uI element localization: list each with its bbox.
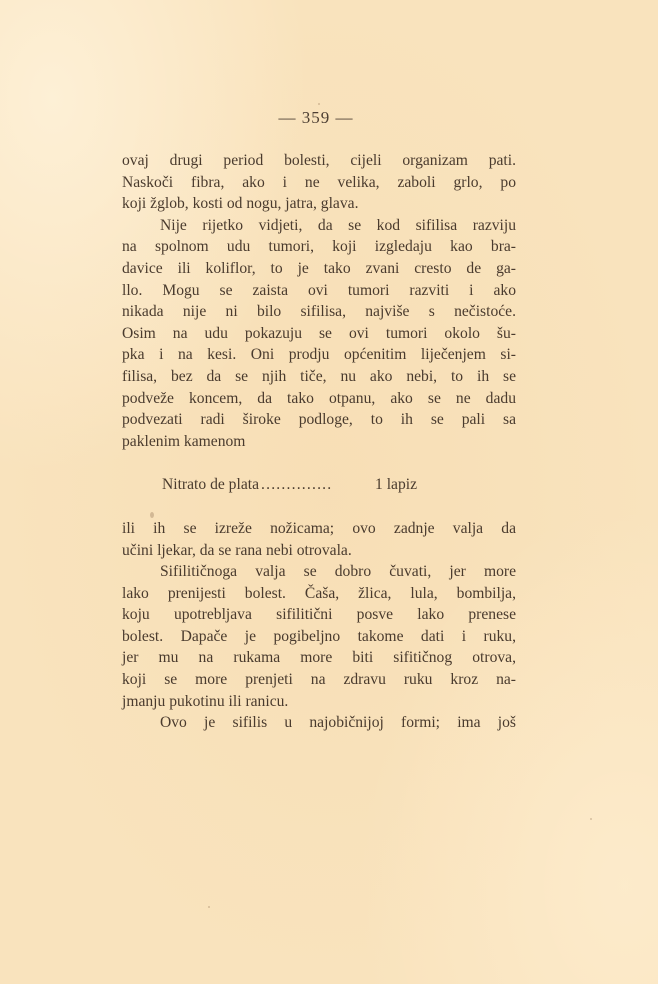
text-line: jer mu na rukama more biti sifitičnog ot… [122,647,516,669]
text-line: Naskoči fibra, ako i ne velika, zaboli g… [122,172,516,194]
book-page: — 359 — ovaj drugi period bolesti, cijel… [0,0,658,984]
paper-speck [590,818,592,820]
page-number: — 359 — [0,108,632,128]
paragraph: Nije rijetko vidjeti, da se kod sifilisa… [122,215,516,453]
paragraph: Sifilitičnoga valja se dobro čuvati, jer… [122,561,516,712]
text-line: nikada nije ni bilo sifilisa, najviše s … [122,301,516,323]
paragraph: Ovo je sifilis u najobičnijoj formi; ima… [122,712,516,734]
paper-speck [150,512,154,518]
text-line: ili ih se izreže nožicama; ovo zadnje va… [122,518,516,540]
text-line: koju upotrebljava sifilitični posve lako… [122,604,516,626]
text-line: podvezati radi široke podloge, to ih se … [122,409,516,431]
text-line: koji se more prenjeti na zdravu ruku kro… [122,669,516,691]
text-line: na spolnom udu tumori, koji izgledaju ka… [122,236,516,258]
text-line: llo. Mogu se zaista ovi tumori razviti i… [122,280,516,302]
paper-speck [208,906,210,908]
text-line: podveže koncem, da tako otpanu, ako se n… [122,388,516,410]
text-line: Nije rijetko vidjeti, da se kod sifilisa… [122,215,516,237]
text-line: ovaj drugi period bolesti, cijeli organi… [122,150,516,172]
recipe-item: Nitrato de plata [162,474,259,496]
dot-leader: .............. [261,474,363,496]
text-line: filisa, bez da se njih tiče, nu ako nebi… [122,366,516,388]
text-line: pka i na kesi. Oni prodju općenitim lije… [122,344,516,366]
text-line: učini ljekar, da se rana nebi otrovala. [122,540,516,562]
text-line: davice ili koliflor, to je tako zvani cr… [122,258,516,280]
text-line: Ovo je sifilis u najobičnijoj formi; ima… [122,712,516,734]
text-line: paklenim kamenom [122,431,516,453]
text-line: lako prenijesti bolest. Čaša, žlica, lul… [122,583,516,605]
text-line: Sifilitičnoga valja se dobro čuvati, jer… [122,561,516,583]
paragraph: ili ih se izreže nožicama; ovo zadnje va… [122,518,516,561]
paragraph: ovaj drugi period bolesti, cijeli organi… [122,150,516,215]
recipe-line: Nitrato de plata .............. 1 lapiz [122,474,516,496]
body-text: ovaj drugi period bolesti, cijeli organi… [122,150,516,734]
text-line: bolest. Dapače je pogibeljno takome dati… [122,626,516,648]
spacer [122,496,516,518]
paper-speck [318,103,320,105]
recipe-dose: 1 lapiz [375,474,417,496]
text-line: jmanju pukotinu ili ranicu. [122,691,516,713]
text-line: koji žglob, kosti od nogu, jatra, glava. [122,193,516,215]
spacer [122,452,516,474]
text-line: Osim na udu pokazuju se ovi tumori okolo… [122,323,516,345]
